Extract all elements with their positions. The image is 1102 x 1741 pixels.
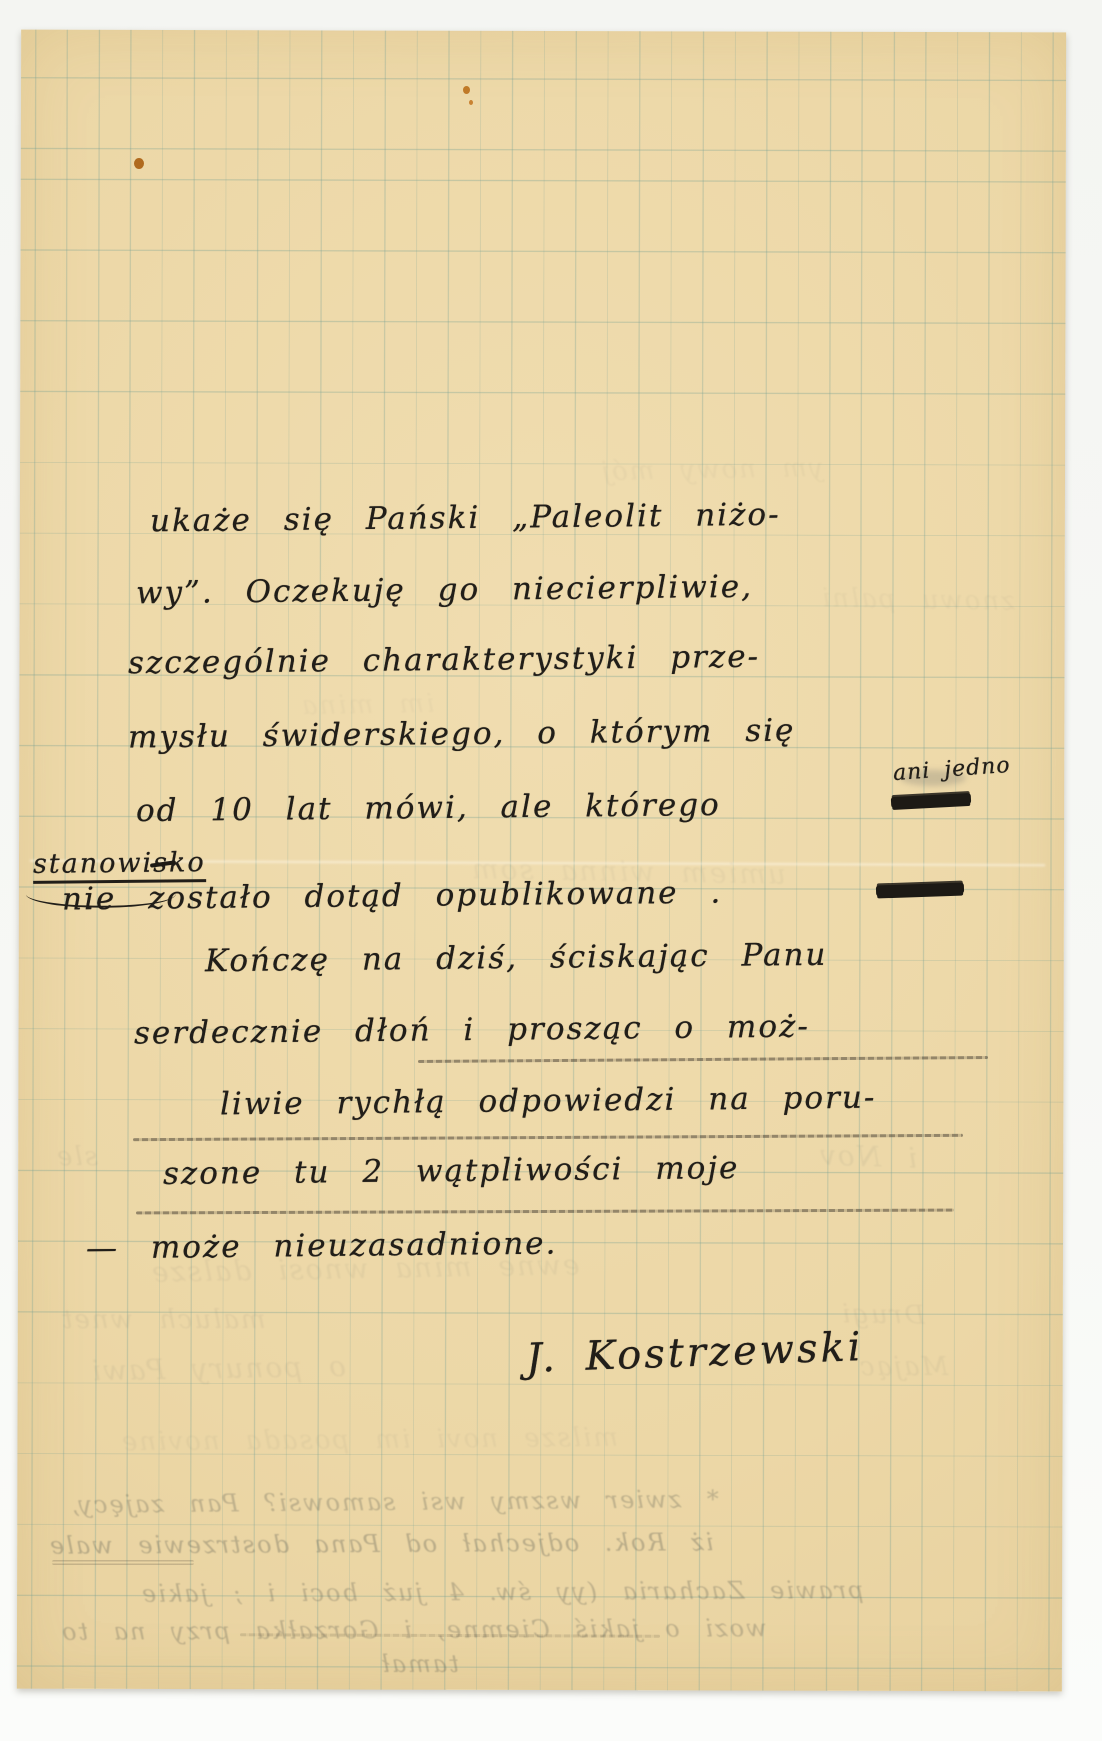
handwriting-line: serdecznie dłoń i prosząc o moż- bbox=[134, 1008, 810, 1051]
bleedthrough-scribble: sle bbox=[55, 1142, 98, 1172]
handwriting-line: od 10 lat mówi, ale którego bbox=[136, 787, 721, 829]
bleedthrough-scribble: ym nowy mój bbox=[600, 453, 824, 487]
bleedthrough-pencil-line: * zwier wszmy wsi samowsi? Pan zajęcy, bbox=[70, 1485, 719, 1519]
bleedthrough-pencil-line: iż Rok. odjechał od Pana dostrzewie wale bbox=[48, 1528, 714, 1559]
handwriting-line: — może nieuzasadnione. bbox=[86, 1226, 558, 1267]
handwriting-line: szczególnie charakterystyki prze- bbox=[128, 639, 760, 682]
handwriting-line: szone tu 2 wątpliwości moje bbox=[163, 1150, 740, 1192]
bleedthrough-pencil-line: prawie Zacharia (yy św. 4 już boci i ; j… bbox=[140, 1576, 864, 1608]
bleedthrough-pencil-line: tamał bbox=[380, 1650, 459, 1678]
handwriting-line: mysłu świderskiego, o którym się bbox=[128, 713, 796, 756]
rust-speck bbox=[463, 86, 470, 94]
handwriting-line: wy”. Oczekuję go niecierpliwie, bbox=[136, 569, 753, 611]
pencil-underline bbox=[52, 1560, 194, 1565]
bleedthrough-scribble: milsze novi im posada novine bbox=[120, 1423, 618, 1457]
rust-speck bbox=[134, 158, 144, 169]
bleedthrough-scribble: o ponury Pawi bbox=[90, 1350, 346, 1387]
rust-speck bbox=[469, 100, 473, 105]
bleedthrough-scribble: maluch wnet bbox=[60, 1305, 266, 1335]
bleedthrough-scribble: i Nov bbox=[817, 1138, 917, 1174]
handwriting-line: Kończę na dziś, ściskając Panu bbox=[205, 937, 828, 980]
handwriting-line: ukaże się Pański „Paleolit niżo- bbox=[150, 497, 781, 540]
handwriting-line: liwie rychłą odpowiedzi na poru- bbox=[220, 1080, 877, 1123]
bleedthrough-pencil-line: wozi o jakiś Ciemne, i Gorzałka przy na … bbox=[60, 1614, 767, 1646]
bleedthrough-scribble: znowu palni bbox=[820, 583, 1015, 616]
bleedthrough-scribble: Mając bbox=[858, 1352, 948, 1382]
scan-background: ym nowy mój znowu palni im mina umiem wi… bbox=[0, 0, 1102, 1741]
